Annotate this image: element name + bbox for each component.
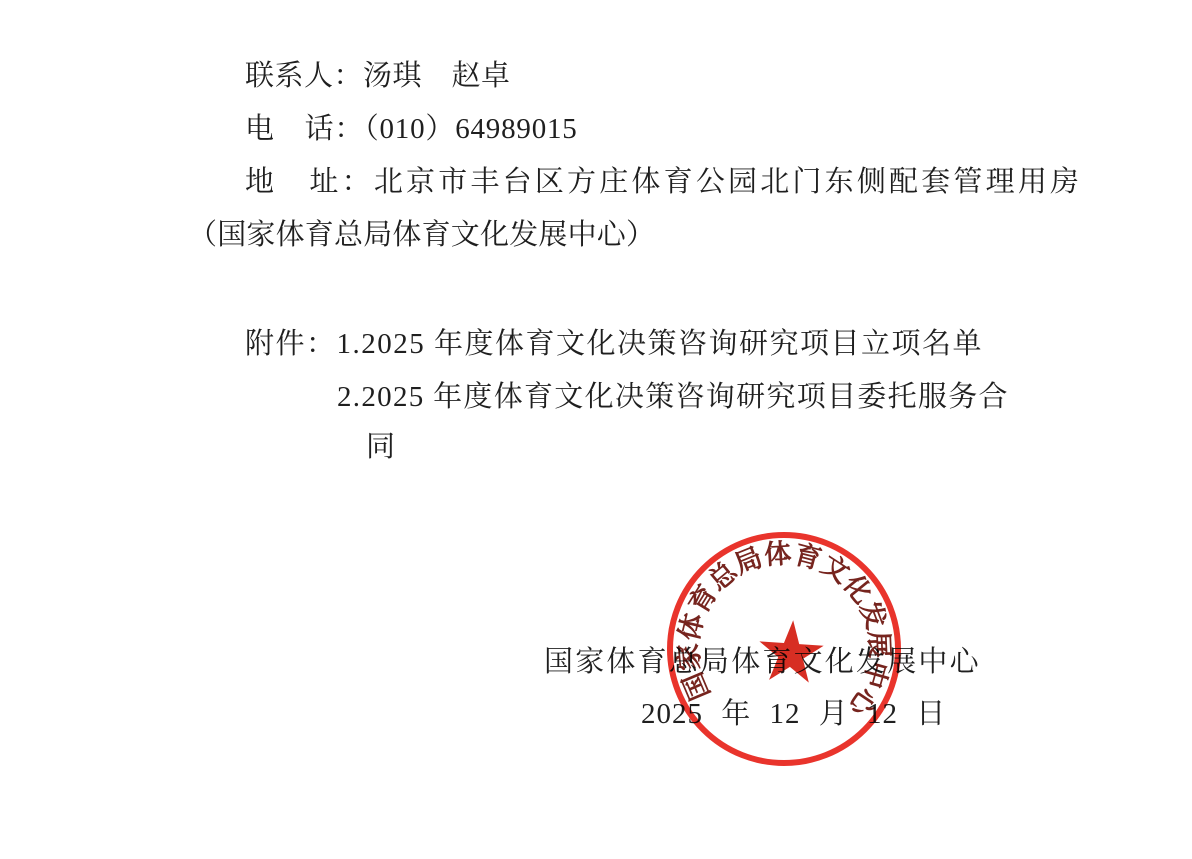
official-seal: ★ 国家体育总局体育文化发展中心 xyxy=(664,529,904,769)
contact-label: 联系人： xyxy=(245,60,363,92)
attachments-label: 附件： xyxy=(245,328,337,360)
attachments-line-1: 附件：1.2025 年度体育文化决策咨询研究项目立项名单 xyxy=(245,326,983,362)
address-label: 地 址： xyxy=(245,166,374,198)
attachments-line-2: 2.2025 年度体育文化决策咨询研究项目委托服务合 xyxy=(337,379,1009,415)
address-value: 北京市丰台区方庄体育公园北门东侧配套管理用房 xyxy=(374,166,1082,198)
phone-line: 电 话：（010）64989015 xyxy=(245,111,578,147)
contact-line: 联系人：汤琪 赵卓 xyxy=(245,58,511,94)
phone-label: 电 话： xyxy=(245,113,364,145)
address-wrap-line: （国家体育总局体育文化发展中心） xyxy=(188,217,655,253)
address-line: 地 址：北京市丰台区方庄体育公园北门东侧配套管理用房 xyxy=(245,164,1082,200)
attachments-line-3: 同 xyxy=(366,429,395,465)
phone-value: （010）64989015 xyxy=(364,113,577,145)
contact-value: 汤琪 赵卓 xyxy=(363,60,511,92)
seal-star-icon: ★ xyxy=(750,604,832,702)
attachment-item-1: 1.2025 年度体育文化决策咨询研究项目立项名单 xyxy=(337,328,984,360)
document-page: { "colors": { "body_text": "#1f1f1f", "s… xyxy=(0,0,1192,859)
